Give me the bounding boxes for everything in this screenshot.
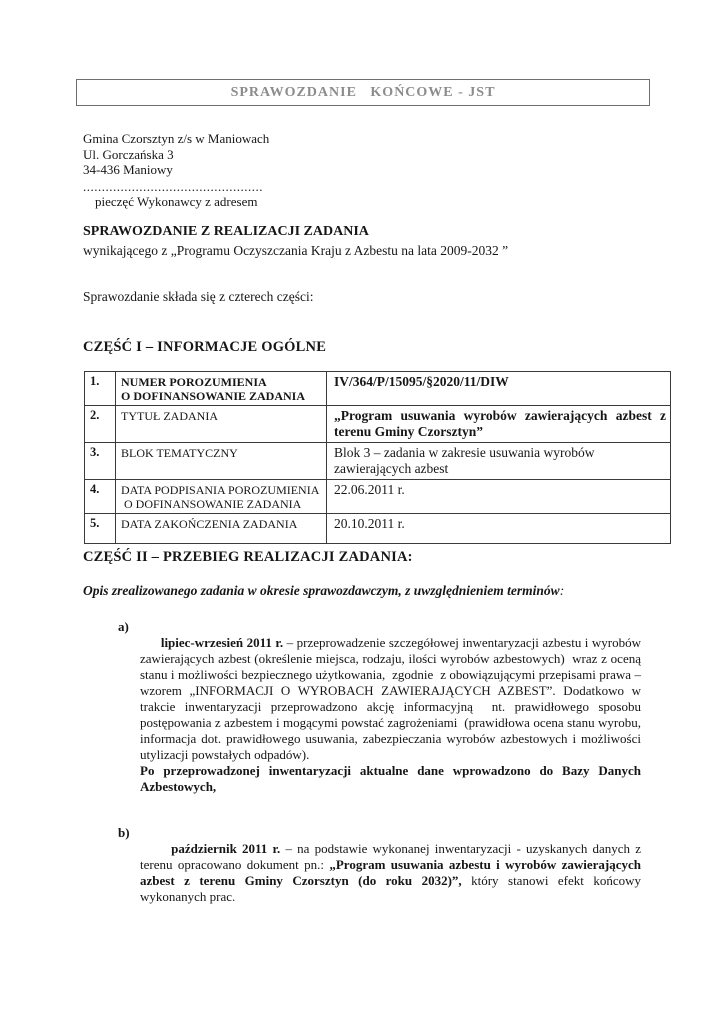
sender-address-block: Gmina Czorsztyn z/s w Maniowach Ul. Gorc… (83, 131, 269, 210)
row-value: IV/364/P/15095/§2020/11/DIW (327, 372, 671, 406)
part2-heading: CZĘŚĆ II – PRZEBIEG REALIZACJI ZADANIA: (83, 549, 413, 566)
row-label: NUMER POROZUMIENIA O DOFINANSOWANIE ZADA… (116, 372, 327, 406)
row-number: 1. (85, 372, 116, 406)
row-number: 3. (85, 443, 116, 480)
list-item: b)październik 2011 r. – na podstawie wyk… (118, 825, 641, 921)
document-header-box: SPRAWOZDANIE KOŃCOWE - JST (76, 79, 650, 106)
table-row: 3. BLOK TEMATYCZNY Blok 3 – zadania w za… (85, 443, 671, 480)
row-value: Blok 3 – zadania w zakresie usuwania wyr… (327, 443, 671, 480)
report-title-line2: wynikającego z „Programu Oczyszczania Kr… (83, 243, 508, 259)
list-item-text: październik 2011 r. – na podstawie wykon… (140, 841, 644, 904)
table-row: 1. NUMER POROZUMIENIA O DOFINANSOWANIE Z… (85, 372, 671, 406)
row-label: BLOK TEMATYCZNY (116, 443, 327, 480)
row-label: DATA ZAKOŃCZENIA ZADANIA (116, 514, 327, 544)
report-title-line1: SPRAWOZDANIE Z REALIZACJI ZADANIA (83, 224, 508, 240)
sender-name: Gmina Czorsztyn z/s w Maniowach (83, 131, 269, 147)
task-description-lead: Opis zrealizowanego zadania w okresie sp… (83, 583, 564, 599)
task-timeline-list: a)lipiec-wrzesień 2011 r. – przeprowadze… (118, 619, 641, 921)
list-item: a)lipiec-wrzesień 2011 r. – przeprowadze… (118, 619, 641, 811)
row-value: 22.06.2011 r. (327, 480, 671, 514)
row-label: DATA PODPISANIA POROZUMIENIA O DOFINANSO… (116, 480, 327, 514)
document-page: SPRAWOZDANIE KOŃCOWE - JST Gmina Czorszt… (0, 0, 724, 1024)
general-info-table: 1. NUMER POROZUMIENIA O DOFINANSOWANIE Z… (84, 371, 671, 544)
row-label: TYTUŁ ZADANIA (116, 406, 327, 443)
list-item-text: lipiec-wrzesień 2011 r. – przeprowadzeni… (140, 635, 644, 794)
list-item-marker: a) (118, 619, 129, 635)
row-number: 5. (85, 514, 116, 544)
sender-city: 34-436 Maniowy (83, 162, 269, 178)
sender-street: Ul. Gorczańska 3 (83, 147, 269, 163)
stamp-dotted-line: ........................................… (83, 179, 269, 195)
table-row: 2. TYTUŁ ZADANIA „Program usuwania wyrob… (85, 406, 671, 443)
part1-heading: CZĘŚĆ I – INFORMACJE OGÓLNE (83, 339, 326, 356)
row-number: 4. (85, 480, 116, 514)
row-value: „Program usuwania wyrobów zawierających … (327, 406, 671, 443)
row-number: 2. (85, 406, 116, 443)
document-header-title: SPRAWOZDANIE KOŃCOWE - JST (231, 85, 496, 101)
row-value: 20.10.2011 r. (327, 514, 671, 544)
table-row: 4. DATA PODPISANIA POROZUMIENIA O DOFINA… (85, 480, 671, 514)
report-structure-note: Sprawozdanie składa się z czterech częśc… (83, 289, 314, 305)
table-row: 5. DATA ZAKOŃCZENIA ZADANIA 20.10.2011 r… (85, 514, 671, 544)
report-title-block: SPRAWOZDANIE Z REALIZACJI ZADANIA wynika… (83, 224, 508, 259)
stamp-caption: pieczęć Wykonawcy z adresem (95, 194, 269, 210)
list-item-marker: b) (118, 825, 130, 841)
